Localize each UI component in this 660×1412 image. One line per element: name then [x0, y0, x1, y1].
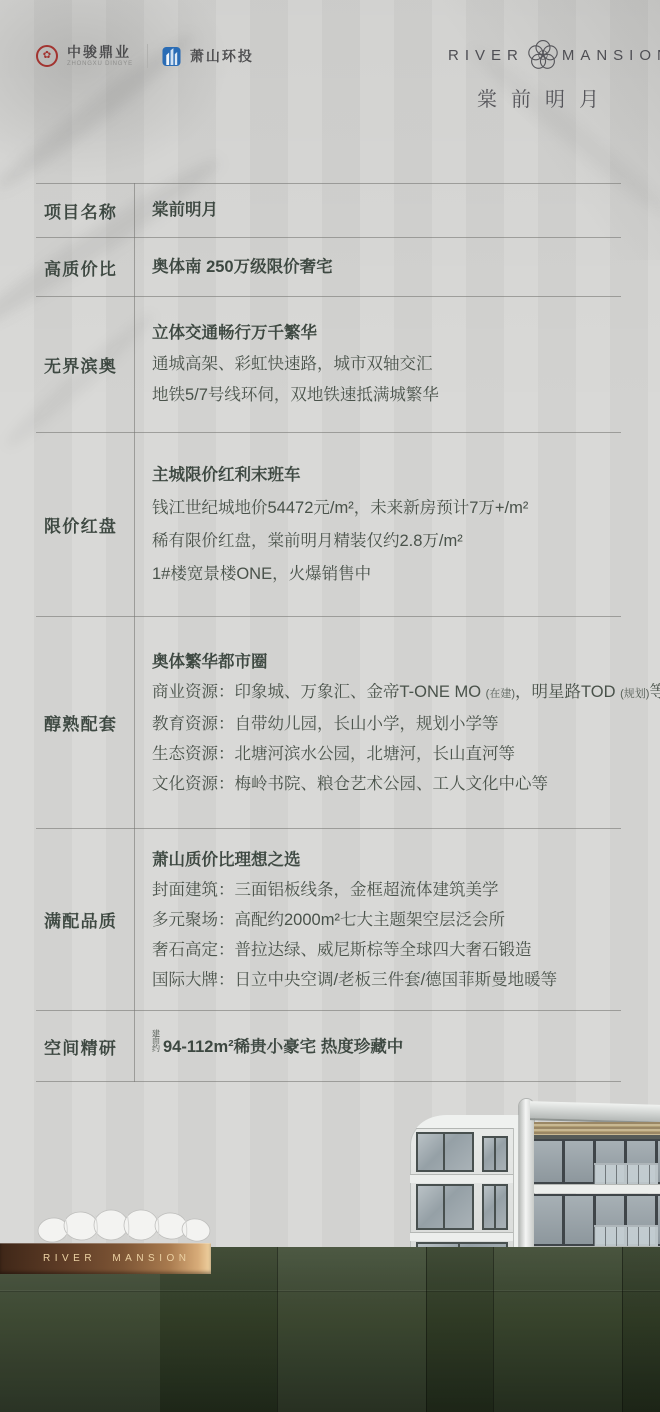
area-prefix-note: 建面约 — [152, 1030, 161, 1053]
info-table: 项目名称 棠前明月 高质价比 奥体南 250万级限价奢宅 无界滨奥 立体交通畅行… — [36, 183, 621, 1082]
row-label: 项目名称 — [36, 184, 134, 237]
row-value-heading: 萧山质价比理想之选 — [152, 845, 621, 875]
row-value-line: 稀有限价红盘，棠前明月精装仅约2.8万/m² — [152, 525, 621, 558]
row-value: 棠前明月 — [152, 195, 621, 226]
logo-divider — [147, 44, 148, 68]
row-value-heading: 奥体繁华都市圈 — [152, 647, 660, 677]
row-value-line: 封面建筑：三面铝板线条，金框超流体建筑美学 — [152, 875, 621, 905]
table-row: 空间精研 建面约94-112m²稀贵小豪宅 热度珍藏中 — [36, 1010, 621, 1082]
text-part: 等 — [649, 683, 660, 701]
row-value-heading: 立体交通畅行万千繁华 — [152, 318, 621, 349]
row-value-line: 教育资源：自带幼儿园，长山小学，规划小学等 — [152, 709, 660, 739]
table-row: 满配品质 萧山质价比理想之选 封面建筑：三面铝板线条，金框超流体建筑美学 多元聚… — [36, 828, 621, 1010]
table-row: 限价红盘 主城限价红利末班车 钱江世纪城地价54472元/m²，未来新房预计7万… — [36, 432, 621, 616]
row-label: 空间精研 — [36, 1011, 134, 1081]
row-value: 建面约94-112m²稀贵小豪宅 热度珍藏中 — [152, 1030, 621, 1063]
building-floor-windows — [534, 1194, 660, 1246]
row-value-heading: 主城限价红利末班车 — [152, 459, 621, 492]
row-label: 满配品质 — [36, 829, 134, 1010]
table-row: 醇熟配套 奥体繁华都市圈 商业资源：印象城、万象汇、金帝T-ONE MO (在建… — [36, 616, 621, 828]
building-gold-trim — [534, 1122, 660, 1135]
row-value-line: 文化资源：梅岭书院、粮仓艺术公园、工人文化中心等 — [152, 769, 660, 799]
plaque-text: RIVER MANSION — [43, 1253, 191, 1264]
building-floor-windows — [534, 1139, 660, 1184]
row-label: 醇熟配套 — [36, 617, 134, 828]
river-mansion-plaque: RIVER MANSION — [0, 1243, 211, 1274]
building-icon — [162, 46, 181, 67]
table-divider — [134, 183, 135, 1082]
row-label: 高质价比 — [36, 238, 134, 296]
developer-logos: ✿ 中骏鼎业 ZHONGXU DINGYE 萧山环投 — [36, 44, 254, 68]
row-value-line: 钱江世纪城地价54472元/m²，未来新房预计7万+/m² — [152, 492, 621, 525]
row-label: 无界滨奥 — [36, 297, 134, 432]
project-logo: RIVER MANSION 棠前明月 — [448, 38, 628, 112]
row-value: 奥体南 250万级限价奢宅 — [152, 252, 621, 283]
text-part: 商业资源：印象城、万象汇、金帝T-ONE MO — [152, 683, 486, 701]
row-value-line: 国际大牌：日立中央空调/老板三件套/德国菲斯曼地暖等 — [152, 965, 621, 995]
partner-name: 萧山环投 — [190, 46, 254, 66]
text-part: ，明星路TOD — [515, 683, 620, 701]
developer-name: 中骏鼎业 — [67, 45, 133, 59]
table-row: 项目名称 棠前明月 — [36, 183, 621, 237]
row-value-line: 1#楼宽景楼ONE，火爆销售中 — [152, 558, 621, 591]
row-value-line: 通城高架、彩虹快速路，城市双轴交汇 — [152, 349, 621, 380]
poster-page: ✿ 中骏鼎业 ZHONGXU DINGYE 萧山环投 RIVER — [0, 0, 660, 1412]
row-value-line: 多元聚场：高配约2000m²七大主题架空层泛会所 — [152, 905, 621, 935]
row-value-line: 奢石高定：普拉达绿、威尼斯棕等全球四大奢石锻造 — [152, 935, 621, 965]
building-roof — [530, 1101, 660, 1124]
flower-emblem-icon — [526, 38, 560, 72]
project-name-en-left: RIVER — [448, 47, 524, 64]
table-row: 高质价比 奥体南 250万级限价奢宅 — [36, 237, 621, 296]
row-value-line: 生态资源：北塘河滨水公园，北塘河，长山直河等 — [152, 739, 660, 769]
row-value-line: 地铁5/7号线环伺，双地铁速抵满城繁华 — [152, 380, 621, 411]
table-row: 无界滨奥 立体交通畅行万千繁华 通城高架、彩虹快速路，城市双轴交汇 地铁5/7号… — [36, 296, 621, 432]
row-label: 限价红盘 — [36, 433, 134, 616]
status-note: (在建) — [486, 688, 515, 700]
balcony-rail — [594, 1163, 658, 1185]
text-part: 94-112m²稀贵小豪宅 热度珍藏中 — [163, 1038, 403, 1056]
status-note: (规划) — [620, 688, 649, 700]
project-name-cn: 棠前明月 — [448, 83, 628, 112]
balcony-rail — [594, 1225, 658, 1247]
row-value-line: 商业资源：印象城、万象汇、金帝T-ONE MO (在建)，明星路TOD (规划)… — [152, 677, 660, 709]
project-name-en-right: MANSION — [562, 47, 660, 64]
seal-icon: ✿ — [36, 45, 58, 67]
developer-name-en: ZHONGXU DINGYE — [67, 61, 133, 67]
flower-sculpture — [35, 1206, 213, 1246]
